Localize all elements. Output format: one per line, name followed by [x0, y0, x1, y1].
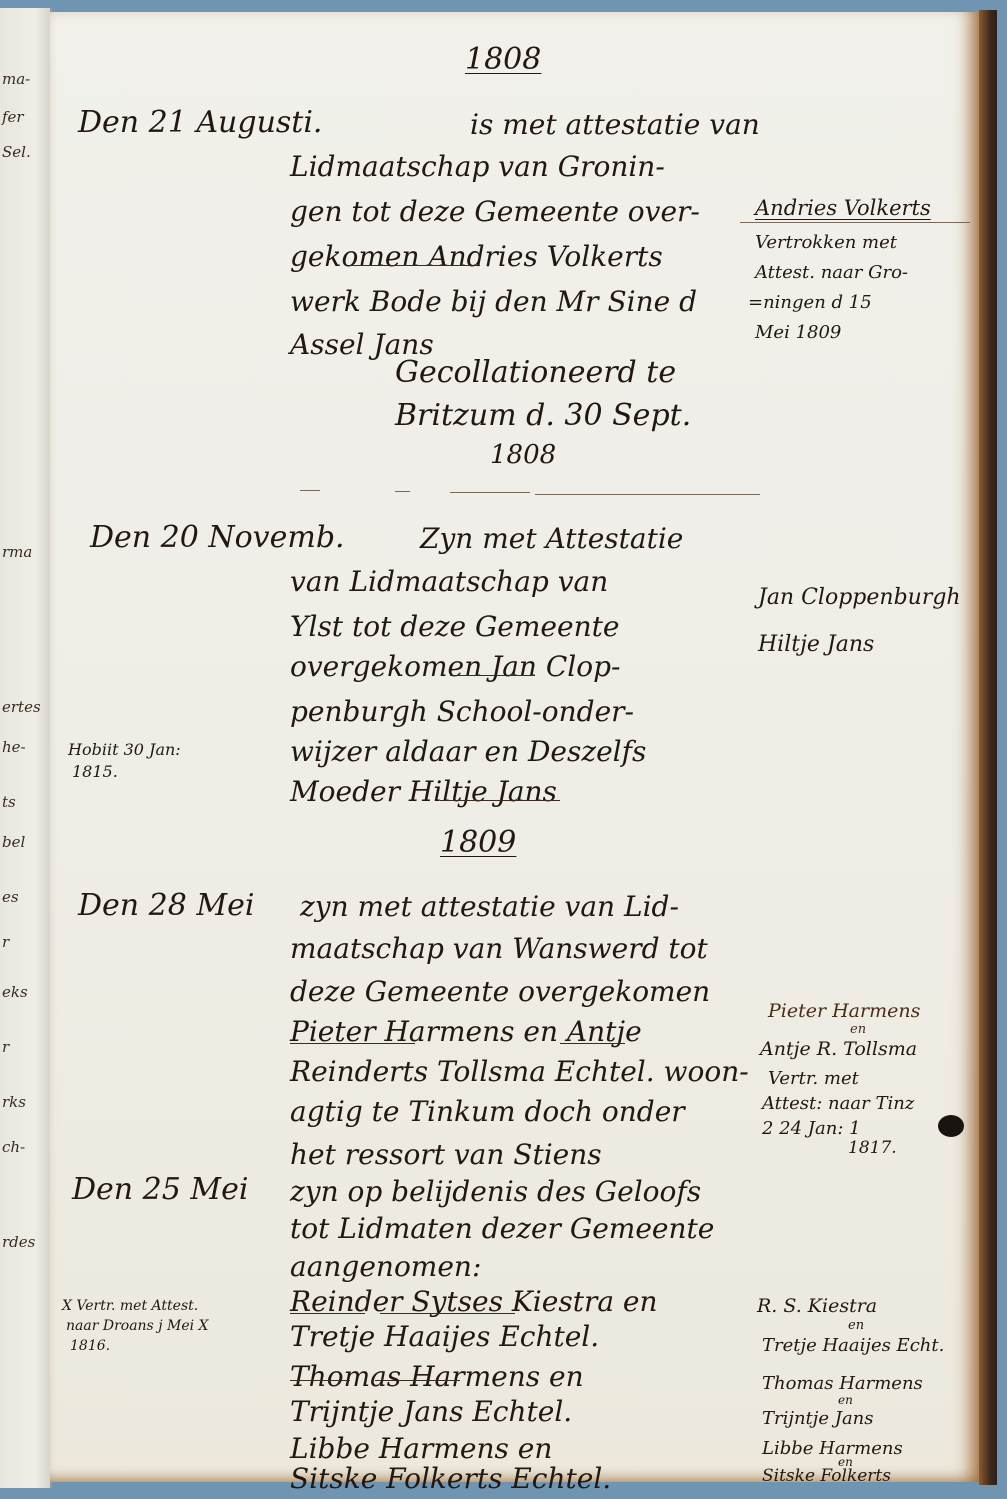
margin-left-note: Hobiit 30 Jan: — [68, 740, 181, 759]
entry-line: het ressort van Stiens — [290, 1138, 602, 1171]
margin-note-line: R. S. Kiestra — [757, 1295, 877, 1317]
name-underline — [290, 1313, 365, 1314]
margin-left-note: X Vertr. met Attest. — [62, 1298, 198, 1314]
margin-name: Hiltje Jans — [758, 632, 874, 657]
name-underline — [450, 675, 535, 676]
margin-note-line: 2 24 Jan: 1 — [762, 1118, 861, 1139]
left-page-fragment: bel — [2, 833, 25, 851]
margin-note-line: Antje R. Tollsma — [760, 1038, 917, 1060]
left-page-fragment: es — [2, 888, 19, 906]
entry-line: Libbe Harmens en — [290, 1432, 552, 1465]
left-page-fragment: rma — [2, 543, 32, 561]
margin-note-line: Pieter Harmens — [768, 1000, 920, 1022]
left-page-fragment: rdes — [2, 1233, 35, 1251]
entry-line: penburgh School-onder- — [290, 695, 634, 728]
entry-line: Ylst tot deze Gemeente — [290, 610, 619, 643]
margin-note-line: Vertrokken met — [755, 232, 897, 253]
entry-line: overgekomen Jan Clop- — [290, 650, 620, 683]
name-underline — [440, 800, 560, 801]
left-page-fragment: ertes — [2, 698, 41, 716]
ink-blot — [938, 1115, 964, 1137]
entry-line: maatschap van Wanswerd tot — [290, 932, 708, 965]
left-page-fragment: r — [2, 1038, 9, 1056]
left-page-fragment: Sel. — [2, 143, 31, 161]
margin-note-line: Vertr. met — [768, 1068, 859, 1089]
margin-note-line: Sitske Folkerts — [762, 1466, 891, 1486]
entry-line: zyn op belijdenis des Geloofs — [290, 1175, 701, 1208]
entry-line: Sitske Folkerts Echtel. — [290, 1462, 611, 1495]
left-page-fragment: r — [2, 933, 9, 951]
name-underline — [560, 1043, 625, 1044]
margin-note-line: Mei 1809 — [755, 322, 841, 343]
margin-note-line: 1817. — [848, 1138, 897, 1158]
entry-line: van Lidmaatschap van — [290, 565, 608, 598]
margin-note-line: Libbe Harmens — [762, 1438, 903, 1459]
margin-note-line: Thomas Harmens — [762, 1373, 923, 1394]
entry-date: Den 25 Mei — [72, 1172, 248, 1207]
entry-line: gen tot deze Gemeente over- — [290, 195, 700, 228]
entry-line: Thomas Harmens en — [290, 1360, 584, 1393]
entry-line: werk Bode bij den Mr Sine d — [290, 285, 697, 318]
separator — [395, 491, 410, 492]
name-underline — [290, 1380, 350, 1381]
entry-line: agtig te Tinkum doch onder — [290, 1095, 685, 1128]
left-page-fragment: rks — [2, 1093, 26, 1111]
margin-note-line: en — [848, 1318, 864, 1333]
margin-note-line: Trijntje Jans — [762, 1408, 874, 1429]
collation-year: 1808 — [490, 440, 556, 470]
left-page-fragment: ts — [2, 793, 16, 811]
year-heading-1808: 1808 — [465, 42, 541, 77]
left-page-fragment: eks — [2, 983, 28, 1001]
margin-name: Andries Volkerts — [755, 196, 931, 220]
margin-note-line: Tretje Haaijes Echt. — [762, 1335, 944, 1356]
margin-note-line: en — [850, 1022, 866, 1037]
entry-line: wijzer aldaar en Deszelfs — [290, 735, 646, 768]
left-page-fragment: fer — [2, 108, 24, 126]
entry-line: Tretje Haaijes Echtel. — [290, 1320, 599, 1353]
entry-line: tot Lidmaten dezer Gemeente — [290, 1212, 714, 1245]
margin-note-line: =ningen d 15 — [748, 292, 872, 313]
separator — [450, 492, 530, 493]
entry-line: aangenomen: — [290, 1250, 481, 1283]
entry-line: Zyn met Attestatie — [420, 522, 683, 555]
margin-note-line: Attest: naar Tinz — [762, 1093, 914, 1114]
separator — [300, 490, 320, 491]
entry-line: Trijntje Jans Echtel. — [290, 1395, 572, 1428]
margin-left-note: 1816. — [70, 1338, 110, 1354]
margin-left-note: 1815. — [72, 762, 118, 781]
margin-note-line: en — [838, 1393, 853, 1407]
name-underline — [380, 1313, 515, 1314]
entry-line: deze Gemeente overgekomen — [290, 975, 710, 1008]
entry-line: gekomen Andries Volkerts — [290, 240, 663, 273]
name-underline — [350, 265, 480, 266]
name-underline — [375, 1380, 460, 1381]
separator — [535, 494, 760, 495]
entry-line: zyn met attestatie van Lid- — [300, 890, 679, 923]
name-underline — [290, 1043, 415, 1044]
margin-note-line: Attest. naar Gro- — [755, 262, 908, 283]
year-heading-1809: 1809 — [440, 825, 516, 860]
margin-rule — [740, 222, 970, 223]
entry-line: Reinderts Tollsma Echtel. woon- — [290, 1055, 749, 1088]
left-facing-page: ma- fer Sel. rma ertes he- ts bel es r e… — [0, 8, 52, 1488]
entry-date: Den 28 Mei — [78, 888, 254, 923]
collation-line: Britzum d. 30 Sept. — [395, 398, 691, 433]
page-edge — [979, 10, 997, 1485]
entry-date: Den 21 Augusti. — [78, 105, 322, 140]
collation-line: Gecollationeerd te — [395, 355, 676, 390]
entry-line: Moeder Hiltje Jans — [290, 775, 557, 808]
entry-line: Lidmaatschap van Gronin- — [290, 150, 665, 183]
entry-date: Den 20 Novemb. — [90, 520, 345, 555]
left-page-fragment: ma- — [2, 70, 30, 88]
left-page-fragment: he- — [2, 738, 26, 756]
left-page-fragment: ch- — [2, 1138, 25, 1156]
entry-line: is met attestatie van — [470, 108, 760, 141]
margin-left-note: naar Droans j Mei X — [66, 1318, 209, 1334]
margin-name: Jan Cloppenburgh — [758, 585, 961, 610]
